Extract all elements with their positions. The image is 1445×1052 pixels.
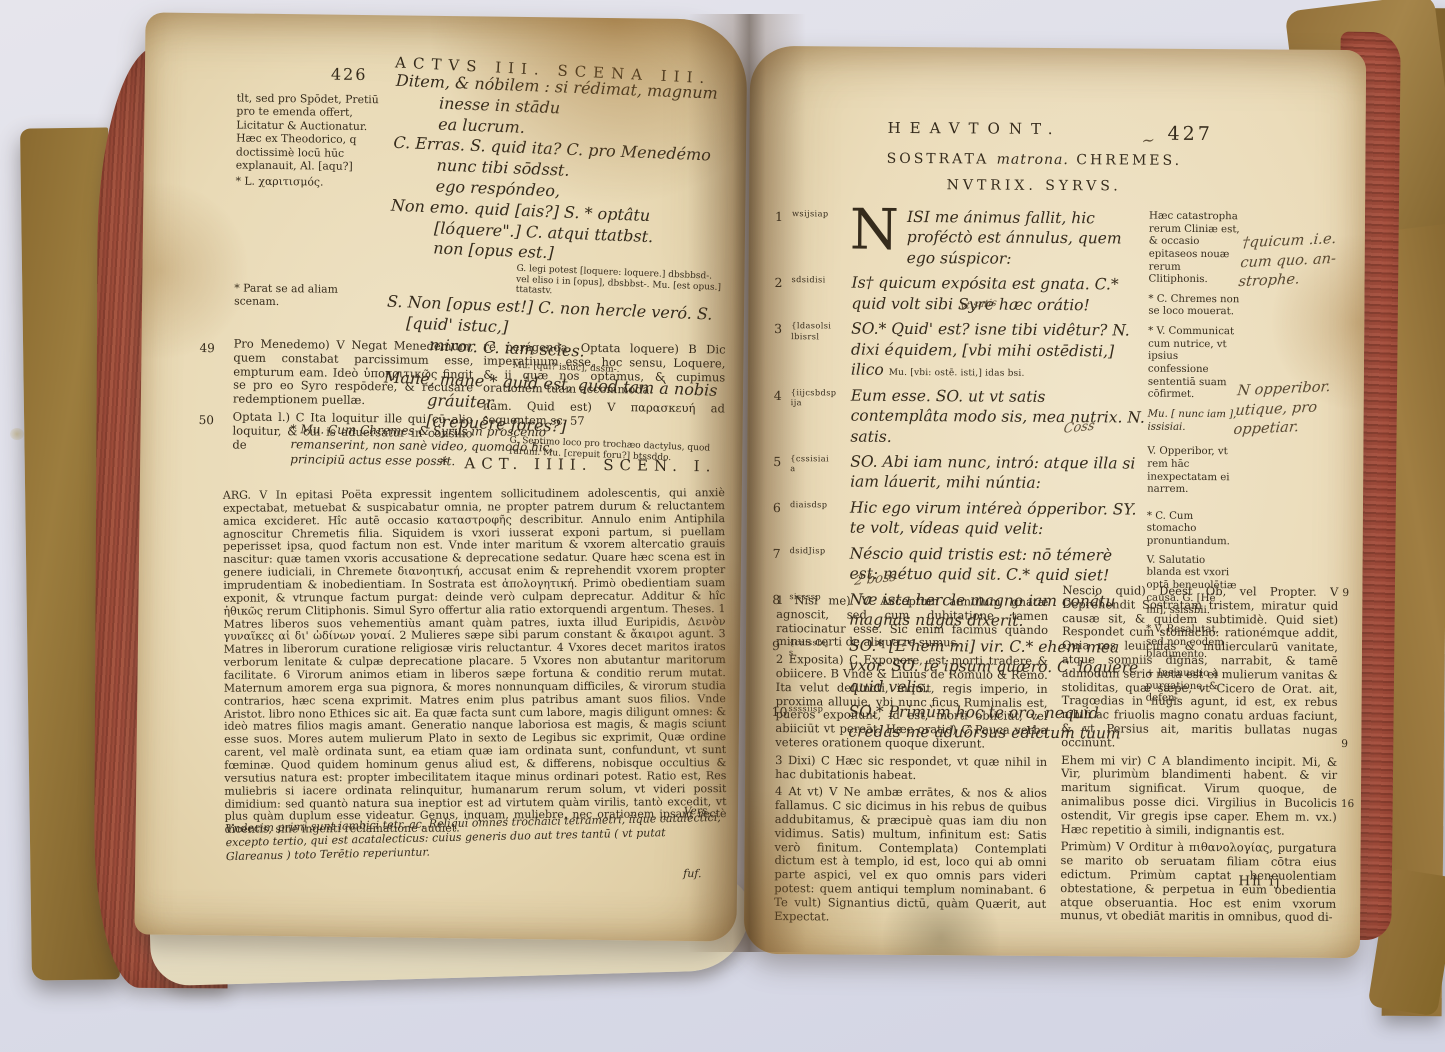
right-page: HEAVTONT. ~ 427 SOSTRATA matrona. CHREME… xyxy=(744,46,1366,958)
paragraph-number: 2 xyxy=(776,652,783,666)
margin-note: * L. χαριτισμός. xyxy=(236,175,388,190)
page-number-426: 426 xyxy=(331,65,368,84)
verse-text-content: ISI me ánimus fallit, hic proféctò est á… xyxy=(907,208,1122,268)
line-number: 7 xyxy=(772,543,789,584)
commentary-paragraph: Nescio quid) Deest Ob, vel Propter. V De… xyxy=(1061,584,1338,751)
scene-heading-line1: SOSTRATA matrona. CHREMES. xyxy=(859,151,1209,169)
verse-text: N ISI me ánimus fallit, hic proféctò est… xyxy=(852,207,1147,270)
handwritten-mark: ~ xyxy=(1140,130,1156,151)
handwritten-annotation-opperibor: N opperibor. utique, pro oppetiar. xyxy=(1233,377,1351,441)
verse-line: 4 {iijcsbdsp ija Eum esse. SO. ut vt sat… xyxy=(773,385,1145,449)
scansion-prefix: {cssisiai a xyxy=(790,451,850,492)
side-line-number: 9 xyxy=(1341,738,1348,750)
paragraph-text: At vt) V Ne ambæ errātes, & nos & alios … xyxy=(774,785,1047,923)
line-number: 1 xyxy=(775,206,792,267)
page-number-427: 427 xyxy=(1167,123,1212,145)
commentary-paragraph: 4 At vt) V Ne ambæ errātes, & nos & alio… xyxy=(774,785,1047,925)
verse-text: SO.* Quid' est? isne tibi vidêtur? N. di… xyxy=(851,319,1146,382)
line-number: 3 xyxy=(774,318,791,379)
margin-note: * C. Cum stomacho pronuntiandum. xyxy=(1147,510,1239,549)
paragraph-number: 3 xyxy=(775,753,782,767)
verse-text-content: Hic ego virum intéreà ópperibor. SY. te … xyxy=(850,498,1137,538)
margin-note: Hæc catastropha rerum Cliniæ est, & occa… xyxy=(1149,211,1242,287)
verse-text: Hic ego virum intéreà ópperibor. SY. te … xyxy=(850,497,1145,540)
note-number-49: 49 xyxy=(199,341,214,355)
note-paragraph: re perágenda. Optata loquere) B Dic impe… xyxy=(483,341,726,399)
quire-signature: Hh ij xyxy=(1238,873,1281,889)
commentary-paragraph: Primùm) V Orditur à πιθανολογίας, purgat… xyxy=(1060,840,1337,925)
role-matrona: matrona. xyxy=(997,152,1069,169)
verse: Non emo. quid [ais?] S. * optâtu [lóquer… xyxy=(388,195,730,303)
verse-line: 7 dsidJisp Néscio quid tristis est: nō t… xyxy=(772,543,1144,587)
scansion-prefix: diaisdsp xyxy=(790,497,850,538)
scansion-prefix: wsijsiap xyxy=(792,206,852,268)
line-number: 6 xyxy=(773,497,790,538)
margin-note-scene: * Parat se ad aliam scenam. xyxy=(234,281,384,310)
margin-note: Mu. [ nunc iam ], issisiai. xyxy=(1147,409,1239,435)
paragraph-text: Dixi) C Hæc sic respondet, vt quæ nihil … xyxy=(775,753,1047,782)
verse-text-content: SO. Abi iam nunc, intró: atque illa si i… xyxy=(850,453,1135,493)
note-number-50: 50 xyxy=(199,413,214,427)
note-paragraph: Pro Menedemo) V Negat Menedemum, quem co… xyxy=(233,337,474,409)
verse-line: 5 {cssisiai a SO. Abi iam nunc, intró: a… xyxy=(773,451,1145,495)
verse-text-content: Eum esse. SO. ut vt satis contemplâta mo… xyxy=(850,386,1145,445)
line-number: 4 xyxy=(773,385,790,446)
side-line-number: 9 xyxy=(1342,587,1349,599)
side-line-number: 16 xyxy=(1341,798,1354,810)
verse-line: 6 diaisdsp Hic ego virum intéreà ópperib… xyxy=(773,497,1145,541)
commentary-paragraph: Ehem mi vir) C A blandimento incipit. Mi… xyxy=(1061,754,1338,839)
commentary-left-column: 1 Nisi me) V Acceptum annulum gnatæ agno… xyxy=(774,594,1048,929)
inline-gloss: Mu. [vbi: ostē. isti,] idas bsi. xyxy=(889,368,1025,379)
line-number: 2 xyxy=(774,272,791,313)
commentary-paragraph: 3 Dixi) C Hæc sic respondet, vt quæ nihi… xyxy=(775,754,1047,783)
scansion-prefix: {iijcsbdsp ija xyxy=(790,385,850,447)
left-margin-notes: tlt, sed pro Spōdet, Pretiū pro te emend… xyxy=(236,91,389,189)
left-page: 426 ACTVS III. SCENA III. tlt, sed pro S… xyxy=(134,12,747,941)
commentary-paragraph: 2 Exposita) C Exponere, est morti trader… xyxy=(775,653,1048,751)
handwritten-annotation-quicum: †quicum .i.e. cum quo. an- strophe. xyxy=(1238,229,1356,293)
speaker-chremes: CHREMES. xyxy=(1076,152,1182,169)
verse-text: Eum esse. SO. ut vt satis contemplâta mo… xyxy=(850,385,1145,448)
scansion-prefix: dsidJisp xyxy=(789,543,849,584)
speaker-sostrata: SOSTRATA xyxy=(887,151,990,168)
verse-text: Is† quicum expósita est gnata. C.* quid … xyxy=(851,273,1146,316)
background-stain xyxy=(10,428,24,440)
open-book-photo: 426 ACTVS III. SCENA III. tlt, sed pro S… xyxy=(0,0,1445,1052)
margin-note: * C. Chremes non se loco mouerat. xyxy=(1148,293,1240,319)
verse-line: 1 wsijsiap N ISI me ánimus fallit, hic p… xyxy=(775,206,1147,270)
margin-note: V. Opperibor, vt rem hāc inexpectatam ei… xyxy=(1147,446,1239,497)
argument-paragraph: ARG. V In epitasi Poëta expressit ingent… xyxy=(223,487,727,837)
margin-note: * V. Communicat cum nutrice, vt ipsius c… xyxy=(1148,326,1241,402)
paragraph-text: Exposita) C Exponere, est morti tradere … xyxy=(775,652,1048,750)
scansion-prefix: sdsidisi xyxy=(791,273,851,314)
drop-cap-N: N xyxy=(850,209,899,253)
commentary-paragraph: 1 Nisi me) V Acceptum annulum gnatæ agno… xyxy=(776,594,1048,651)
catchword: fuf. xyxy=(683,867,702,880)
verse-text: SO. Abi iam nunc, intró: atque illa si i… xyxy=(850,452,1145,495)
scene-heading-line2: NVTRIX. SYRVS. xyxy=(859,177,1209,195)
paragraph-text: Nisi me) V Acceptum annulum gnatæ agnosc… xyxy=(776,593,1048,650)
verse-line: 3 {ldasolsi lbisrsl SO.* Quid' est? isne… xyxy=(774,318,1146,382)
paragraph-number: 1 xyxy=(776,593,783,607)
line-number: 5 xyxy=(773,451,790,492)
act-heading: * ACT. IIII. SCEN. I. xyxy=(440,454,716,475)
paragraph-number: 4 xyxy=(775,784,782,798)
scansion-prefix: {ldasolsi lbisrsl xyxy=(791,318,851,380)
running-title-right: HEAVTONT. xyxy=(888,119,1062,138)
commentary-right-column: Nescio quid) Deest Ob, vel Propter. V De… xyxy=(1060,584,1338,929)
margin-note: tlt, sed pro Spōdet, Pretiū pro te emend… xyxy=(236,91,389,173)
